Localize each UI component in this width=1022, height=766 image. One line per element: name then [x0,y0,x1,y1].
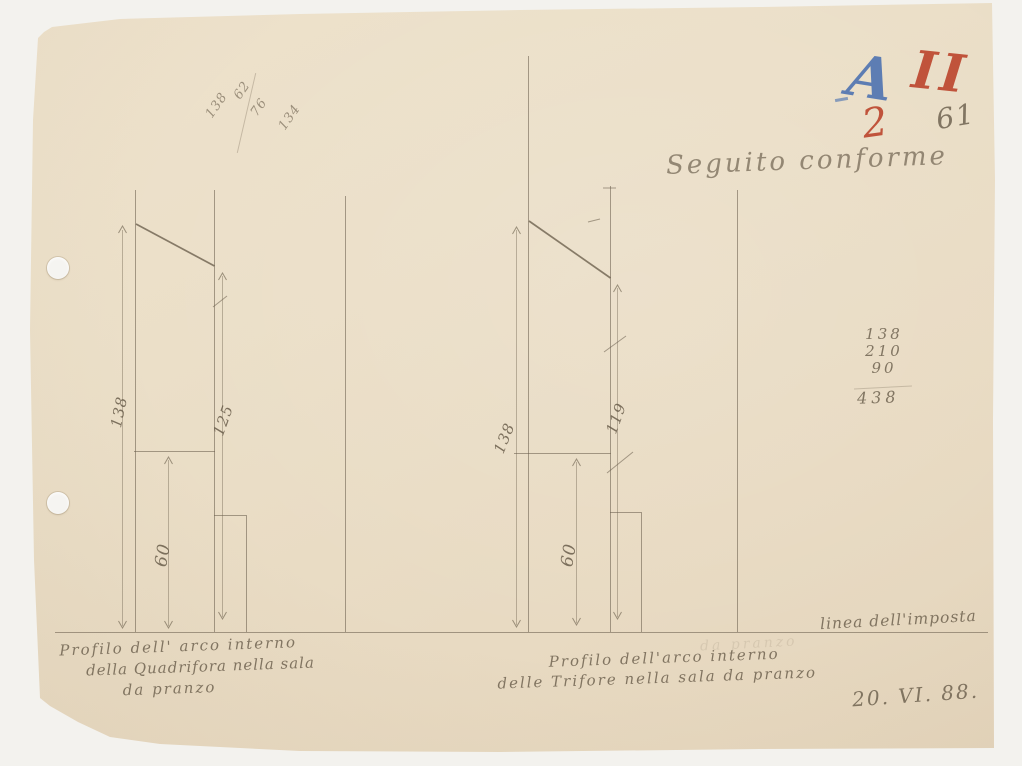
red-roman-numeral: II [909,39,972,106]
tick-mark-3 [213,296,227,307]
sum-addend-3: 90 [852,360,916,377]
sum-addend-2: 210 [852,343,916,360]
dim-label-left-right: 125 [209,402,237,438]
left-profile-arch-slope [136,224,215,266]
dim-label-middle-lower: 60 [557,542,581,569]
dim-label-middle-height: 138 [490,420,519,456]
middle-profile-arch-slope [529,221,611,278]
dim-label-left-lower: 60 [151,542,175,569]
caption-left: Profilo dell' arco interno della Quadrif… [59,632,316,704]
pencil-number-61: 61 [933,97,978,136]
dim-label-left-height: 138 [107,395,131,430]
tick-mark-5 [588,219,600,222]
left-profile-pier [214,516,247,633]
scanned-drawing-page: { "marks": { "blue_letter": "A", "red_ro… [0,0,1022,766]
sum-total: 438 [857,387,900,407]
tick-mark-1 [604,336,626,352]
sum-column: 138 210 90 [852,326,916,377]
dim-label-middle-right: 119 [602,400,630,436]
sum-addend-1: 138 [852,326,916,343]
